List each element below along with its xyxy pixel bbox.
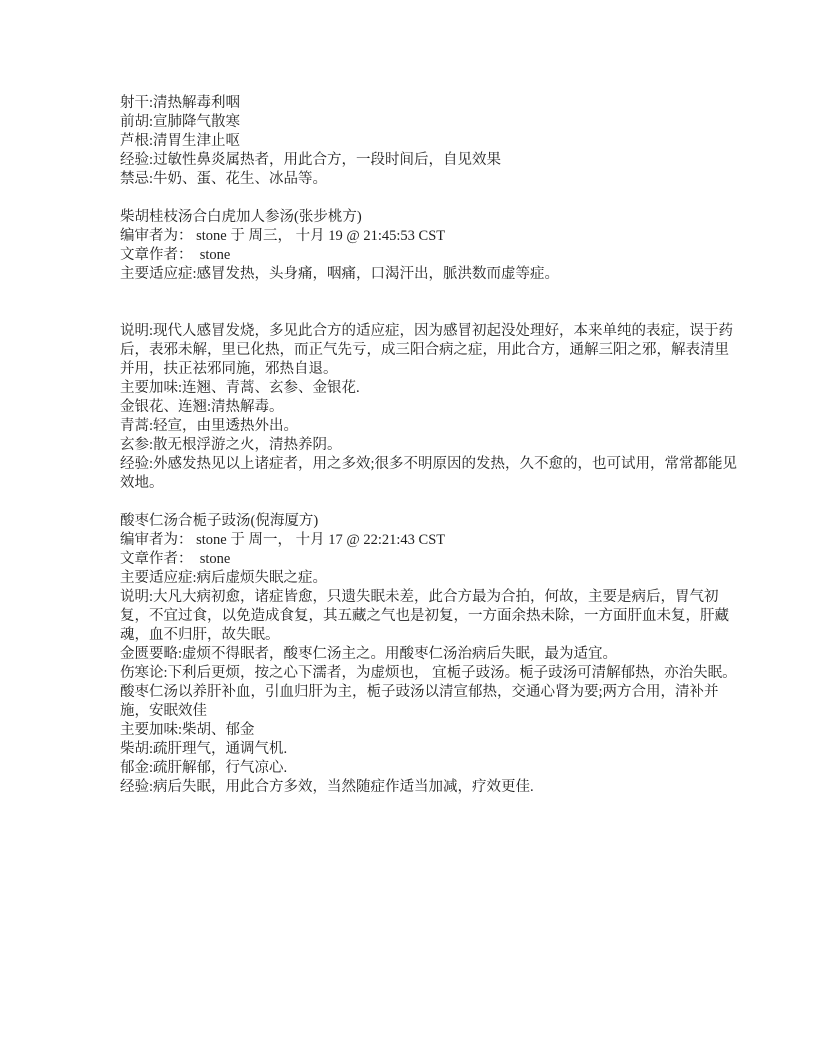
jingui-quote-line: 金匮要略:虚烦不得眠者，酸枣仁汤主之。用酸枣仁汤治病后失眠，最为适宜。 — [120, 645, 742, 664]
formula-title: 柴胡桂枝汤合白虎加人参汤(张步桃方) — [120, 208, 742, 227]
indications-line: 主要适应症:感冒发热，头身痛，咽痛，口渴汗出，脈洪数而虚等症。 — [120, 265, 742, 284]
section-chaihu-guizhi-baihu: 柴胡桂枝汤合白虎加人参汤(张步桃方) 编审者为： stone 于 周三， 十月 … — [120, 208, 742, 493]
additions-line: 主要加味:柴胡、郁金 — [120, 721, 742, 740]
editor-meta-line: 编审者为： stone 于 周一， 十月 17 @ 22:21:43 CST — [120, 531, 742, 550]
herb-function-line-qianhu: 前胡:宣肺降气散寒 — [120, 113, 742, 132]
herb-note-yujin: 郁金:疏肝解郁，行气凉心. — [120, 759, 742, 778]
herb-note-jinyinhua-lianqiao: 金银花、连翘:清热解毒。 — [120, 398, 742, 417]
herb-note-qinghao: 青蒿:轻宣，由里透热外出。 — [120, 417, 742, 436]
indications-line: 主要适应症:病后虚烦失眠之症。 — [120, 569, 742, 588]
document-page: 射干:清热解毒利咽 前胡:宣肺降气散寒 芦根:清胃生津止呕 经验:过敏性鼻炎属热… — [0, 0, 816, 1056]
herb-note-xuanshen: 玄参:散无根浮游之火，清热养阴。 — [120, 436, 742, 455]
section-previous-formula-tail: 射干:清热解毒利咽 前胡:宣肺降气散寒 芦根:清胃生津止呕 经验:过敏性鼻炎属热… — [120, 94, 742, 189]
herb-function-line-shegan: 射干:清热解毒利咽 — [120, 94, 742, 113]
additions-line: 主要加味:连翘、青蒿、玄参、金银花. — [120, 379, 742, 398]
experience-paragraph: 经验:外感发热见以上诸症者，用之多效;很多不明原因的发热，久不愈的，也可试用，常… — [120, 455, 742, 493]
formula-title: 酸枣仁汤合栀子豉汤(倪海厦方) — [120, 512, 742, 531]
explanation-paragraph: 说明:现代人感冒发烧，多见此合方的适应症，因为感冒初起没处理好，本来单纯的表症，… — [120, 322, 742, 379]
herb-function-line-lugen: 芦根:清胃生津止呕 — [120, 132, 742, 151]
editor-meta-line: 编审者为： stone 于 周三， 十月 19 @ 21:45:53 CST — [120, 227, 742, 246]
shanghan-quote-line: 伤寒论:下利后更烦，按之心下濡者，为虚烦也， 宜栀子豉汤。栀子豉汤可清解郁热，亦… — [120, 664, 742, 683]
section-suanzaoren-zhizichi: 酸枣仁汤合栀子豉汤(倪海厦方) 编审者为： stone 于 周一， 十月 17 … — [120, 512, 742, 797]
explanation-paragraph: 说明:大凡大病初愈，诸症皆愈，只遗失眠未差，此合方最为合拍，何故，主要是病后，胃… — [120, 588, 742, 645]
contraindication-line: 禁忌:牛奶、蛋、花生、冰品等。 — [120, 170, 742, 189]
experience-line: 经验:过敏性鼻炎属热者，用此合方，一段时间后，自见效果 — [120, 151, 742, 170]
synergy-paragraph: 酸枣仁汤以养肝补血，引血归肝为主，栀子豉汤以清宣郁热，交通心肾为要;两方合用，清… — [120, 683, 742, 721]
experience-line: 经验:病后失眠，用此合方多效，当然随症作适当加减，疗效更佳. — [120, 778, 742, 797]
author-meta-line: 文章作者： stone — [120, 550, 742, 569]
author-meta-line: 文章作者： stone — [120, 246, 742, 265]
herb-note-chaihu: 柴胡:疏肝理气，通调气机. — [120, 740, 742, 759]
